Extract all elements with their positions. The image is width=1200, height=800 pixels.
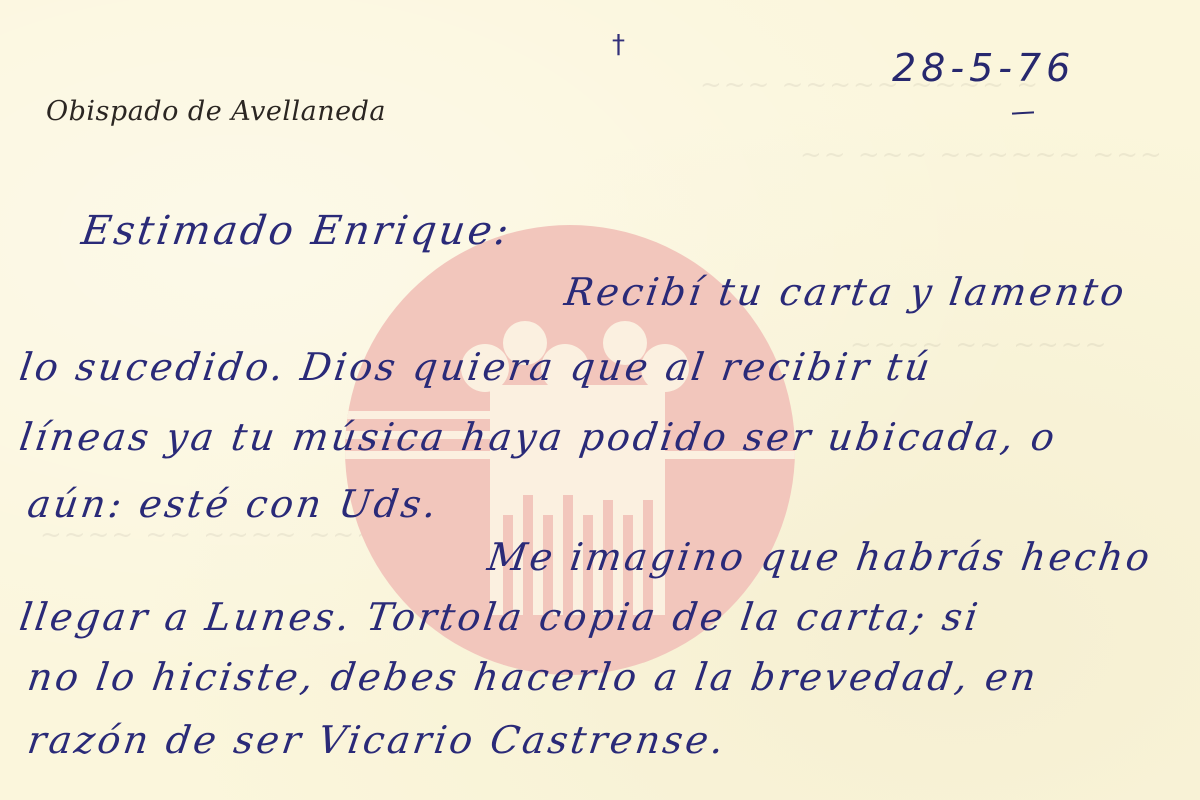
cross-icon: † <box>612 30 625 60</box>
letter-date: 28-5-76 <box>892 46 1075 90</box>
body-line: lo sucedido. Dios quiera que al recibir … <box>17 345 935 389</box>
body-line: no lo hiciste, debes hacerlo a la breved… <box>25 655 1042 699</box>
body-line: llegar a Lunes. Tortola copia de la cart… <box>17 595 983 639</box>
body-line: Recibí tu carta y lamento <box>562 270 1130 314</box>
body-line: aún: esté con Uds. <box>25 482 442 526</box>
reverse-side-bleed: ~~ ~~~ ~~~~~~ ~~~ <box>800 140 1164 170</box>
body-line: líneas ya tu música haya podido ser ubic… <box>17 415 1060 459</box>
salutation: Estimado Enrique: <box>79 208 515 254</box>
letterhead-title: Obispado de Avellaneda <box>46 96 386 127</box>
body-line: razón de ser Vicario Castrense. <box>25 718 729 762</box>
body-line: Me imagino que habrás hecho <box>485 535 1155 579</box>
